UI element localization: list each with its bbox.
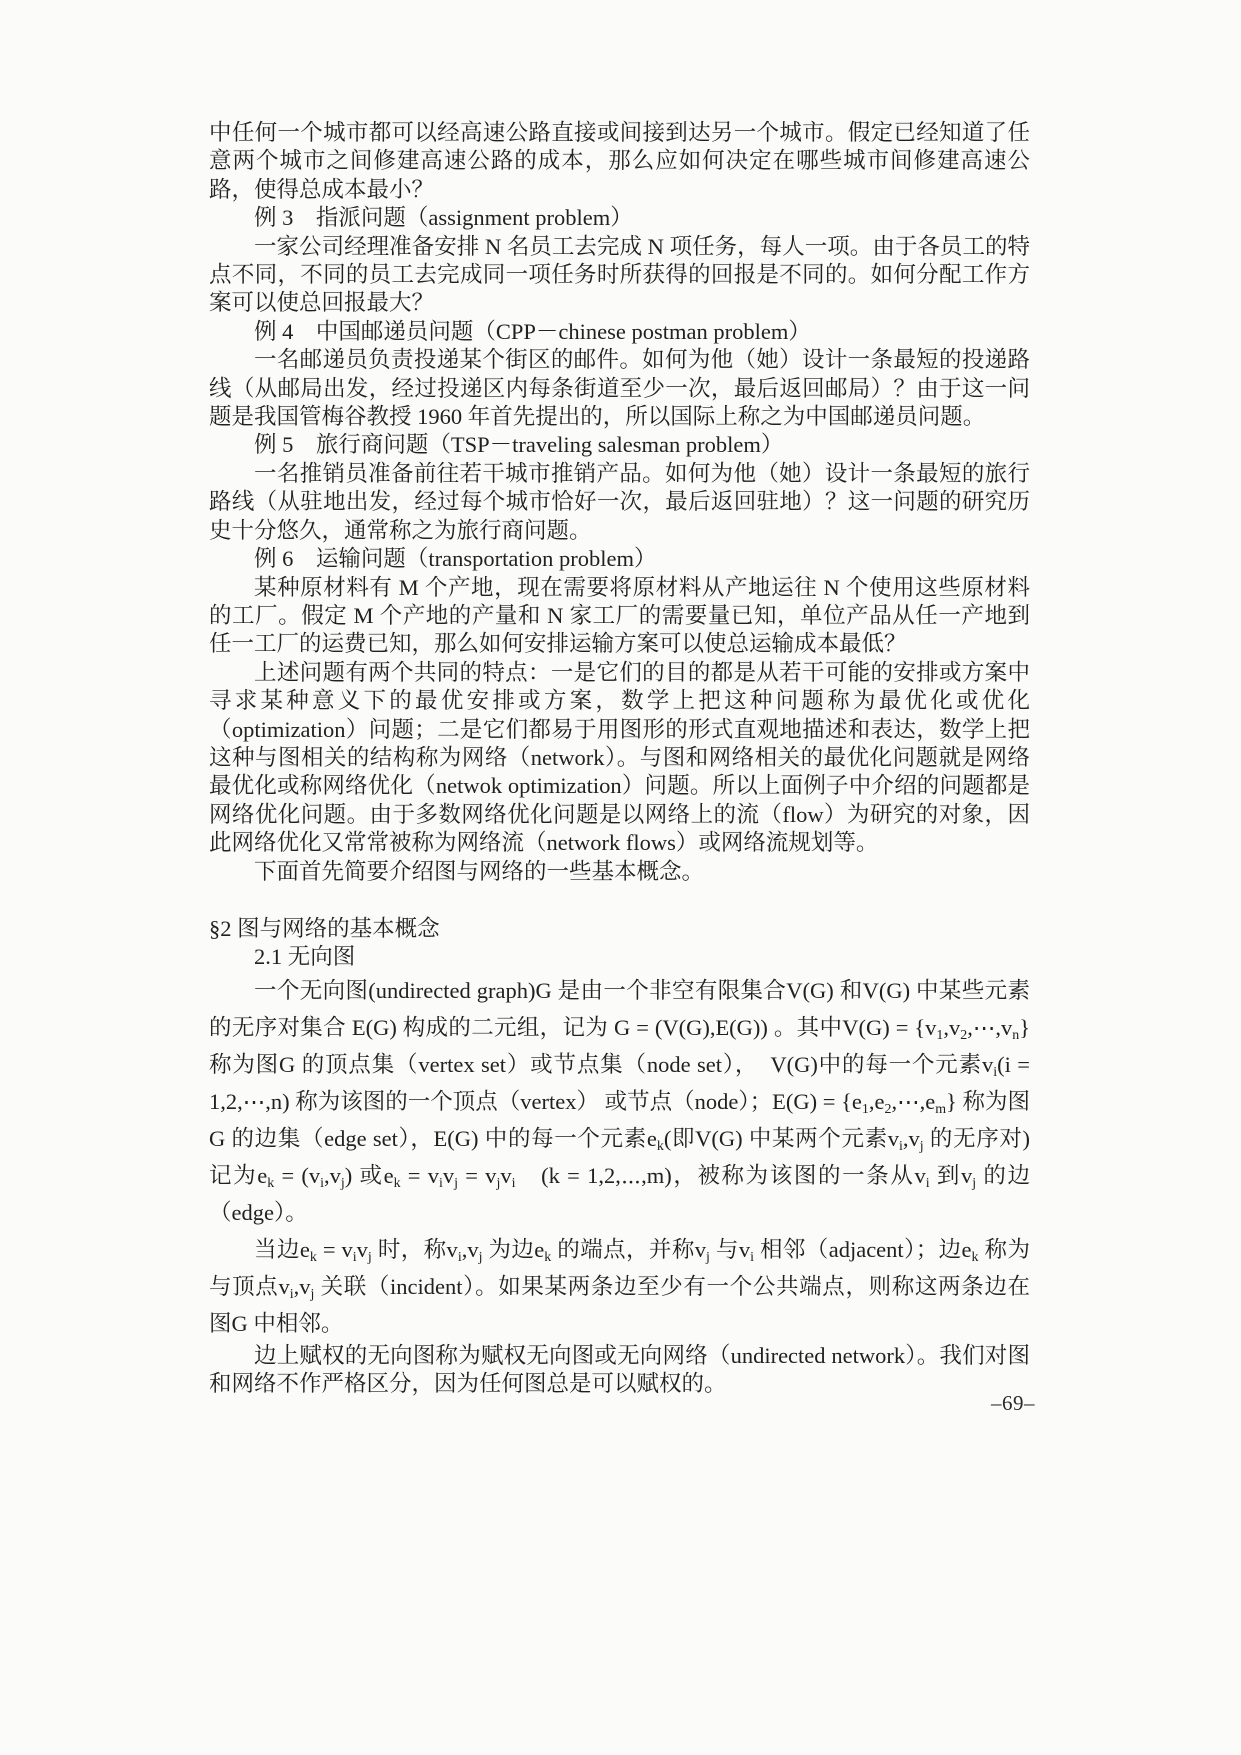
section-2-heading: §2 图与网络的基本概念	[209, 915, 1030, 943]
page-number: –69–	[978, 1391, 1048, 1416]
example-4-title: 例 4 中国邮递员问题（CPP－chinese postman problem）	[209, 318, 1030, 346]
transition-paragraph: 下面首先简要介绍图与网络的一些基本概念。	[209, 858, 1030, 886]
example-3-title: 例 3 指派问题（assignment problem）	[209, 204, 1030, 232]
example-3-body: 一家公司经理准备安排 N 名员工去完成 N 项任务，每人一项。由于各员工的特点不…	[209, 233, 1030, 318]
adjacency-incidence-paragraph: 当边ek = vivj 时，称vi,vj 为边ek 的端点，并称vj 与vi 相…	[209, 1231, 1030, 1342]
undirected-graph-definition-paragraph: 一个无向图(undirected graph)G 是由一个非空有限集合V(G) …	[209, 972, 1030, 1231]
example-6-title: 例 6 运输问题（transportation problem）	[209, 545, 1030, 573]
common-features-paragraph: 上述问题有两个共同的特点：一是它们的目的都是从若干可能的安排或方案中寻求某种意义…	[209, 659, 1030, 858]
document-page: 中任何一个城市都可以经高速公路直接或间接到达另一个城市。假定已经知道了任意两个城…	[0, 0, 1241, 1755]
example-5-body: 一名推销员准备前往若干城市推销产品。如何为他（她）设计一条最短的旅行路线（从驻地…	[209, 460, 1030, 545]
example-5-title: 例 5 旅行商问题（TSP－traveling salesman problem…	[209, 431, 1030, 459]
intro-continuation-paragraph: 中任何一个城市都可以经高速公路直接或间接到达另一个城市。假定已经知道了任意两个城…	[209, 119, 1030, 204]
main-text-block: 中任何一个城市都可以经高速公路直接或间接到达另一个城市。假定已经知道了任意两个城…	[209, 119, 1030, 1399]
weighted-network-paragraph: 边上赋权的无向图称为赋权无向图或无向网络（undirected network）…	[209, 1342, 1030, 1399]
example-6-body: 某种原材料有 M 个产地，现在需要将原材料从产地运往 N 个使用这些原材料的工厂…	[209, 574, 1030, 659]
subsection-2-1-heading: 2.1 无向图	[209, 943, 1030, 971]
example-4-body: 一名邮递员负责投递某个街区的邮件。如何为他（她）设计一条最短的投递路线（从邮局出…	[209, 346, 1030, 431]
